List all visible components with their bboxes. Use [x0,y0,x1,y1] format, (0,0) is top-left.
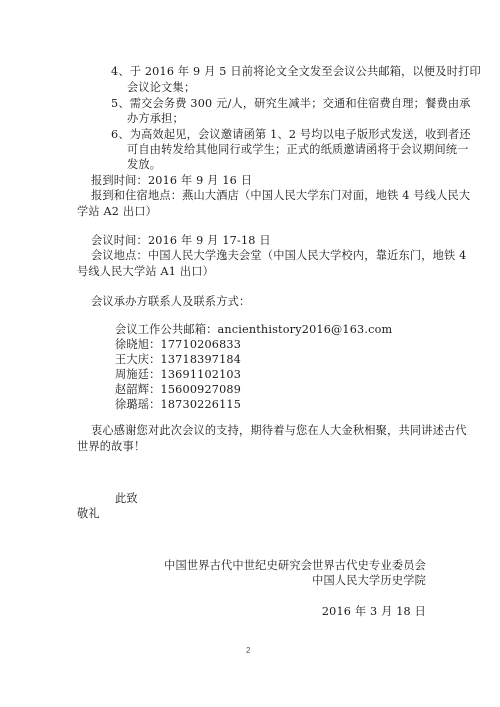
list-item-6-cont-2: 发放。 [127,158,161,172]
thanks-paragraph-cont: 世界的故事！ [77,440,145,454]
registration-place-cont: 学站 A2 出口） [77,205,157,219]
registration-place: 报到和住宿地点：燕山大酒店（中国人民大学东门对面，地铁 4 号线人民大 [91,189,470,203]
page-number: 2 [246,646,250,655]
list-item-6-cont-1: 可自由转发给其他同行或学生；正式的纸质邀请函将于会议期间统一 [127,143,469,157]
item-number: 6、 [111,128,130,142]
item-number: 4、 [111,65,130,79]
list-item-5-cont: 办方承担； [127,112,184,126]
contact-person: 周施廷：13691102103 [115,368,241,382]
list-item-4: 4、于 2016 年 9 月 5 日前将论文全文发至会议公共邮箱，以便及时打印 [111,65,481,79]
signature-org-2: 中国人民大学历史学院 [312,574,426,588]
contact-person: 徐璐瑶：18730226115 [115,398,241,412]
closing-salutation: 此致 [115,492,138,506]
item-text: 于 2016 年 9 月 5 日前将论文全文发至会议公共邮箱，以便及时打印 [130,65,481,78]
item-text: 为高效起见，会议邀请函第 1、2 号均以电子版形式发送，收到者还 [130,128,471,141]
contact-email: 会议工作公共邮箱：ancienthistory2016@163.com [115,323,392,337]
contact-heading: 会议承办方联系人及联系方式： [91,295,250,309]
list-item-5: 5、需交会务费 300 元/人，研究生减半；交通和住宿费自理；餐费由承 [111,97,471,111]
closing-regards: 敬礼 [77,507,100,521]
meeting-place: 会议地点：中国人民大学逸夫会堂（中国人民大学校内，靠近东门，地铁 4 [91,249,466,263]
item-text: 需交会务费 300 元/人，研究生减半；交通和住宿费自理；餐费由承 [130,97,471,110]
item-number: 5、 [111,97,130,111]
thanks-paragraph: 衷心感谢您对此次会议的支持，期待着与您在人大金秋相聚，共同讲述古代 [91,424,467,438]
list-item-4-cont: 会议论文集； [127,81,195,95]
contact-person: 赵韶辉：15600927089 [115,383,241,397]
signature-org-1: 中国世界古代中世纪史研究会世界古代史专业委员会 [164,559,426,573]
list-item-6: 6、为高效起见，会议邀请函第 1、2 号均以电子版形式发送，收到者还 [111,128,471,142]
registration-time: 报到时间：2016 年 9 月 16 日 [91,174,252,188]
meeting-time: 会议时间：2016 年 9 月 17-18 日 [91,234,271,248]
meeting-place-cont: 号线人民大学站 A1 出口） [77,265,214,279]
contact-person: 徐晓旭：17710206833 [115,338,241,352]
document-page: 4、于 2016 年 9 月 5 日前将论文全文发至会议公共邮箱，以便及时打印 … [0,0,500,707]
signature-date: 2016 年 3 月 18 日 [322,605,426,619]
contact-person: 王大庆：13718397184 [115,353,241,367]
